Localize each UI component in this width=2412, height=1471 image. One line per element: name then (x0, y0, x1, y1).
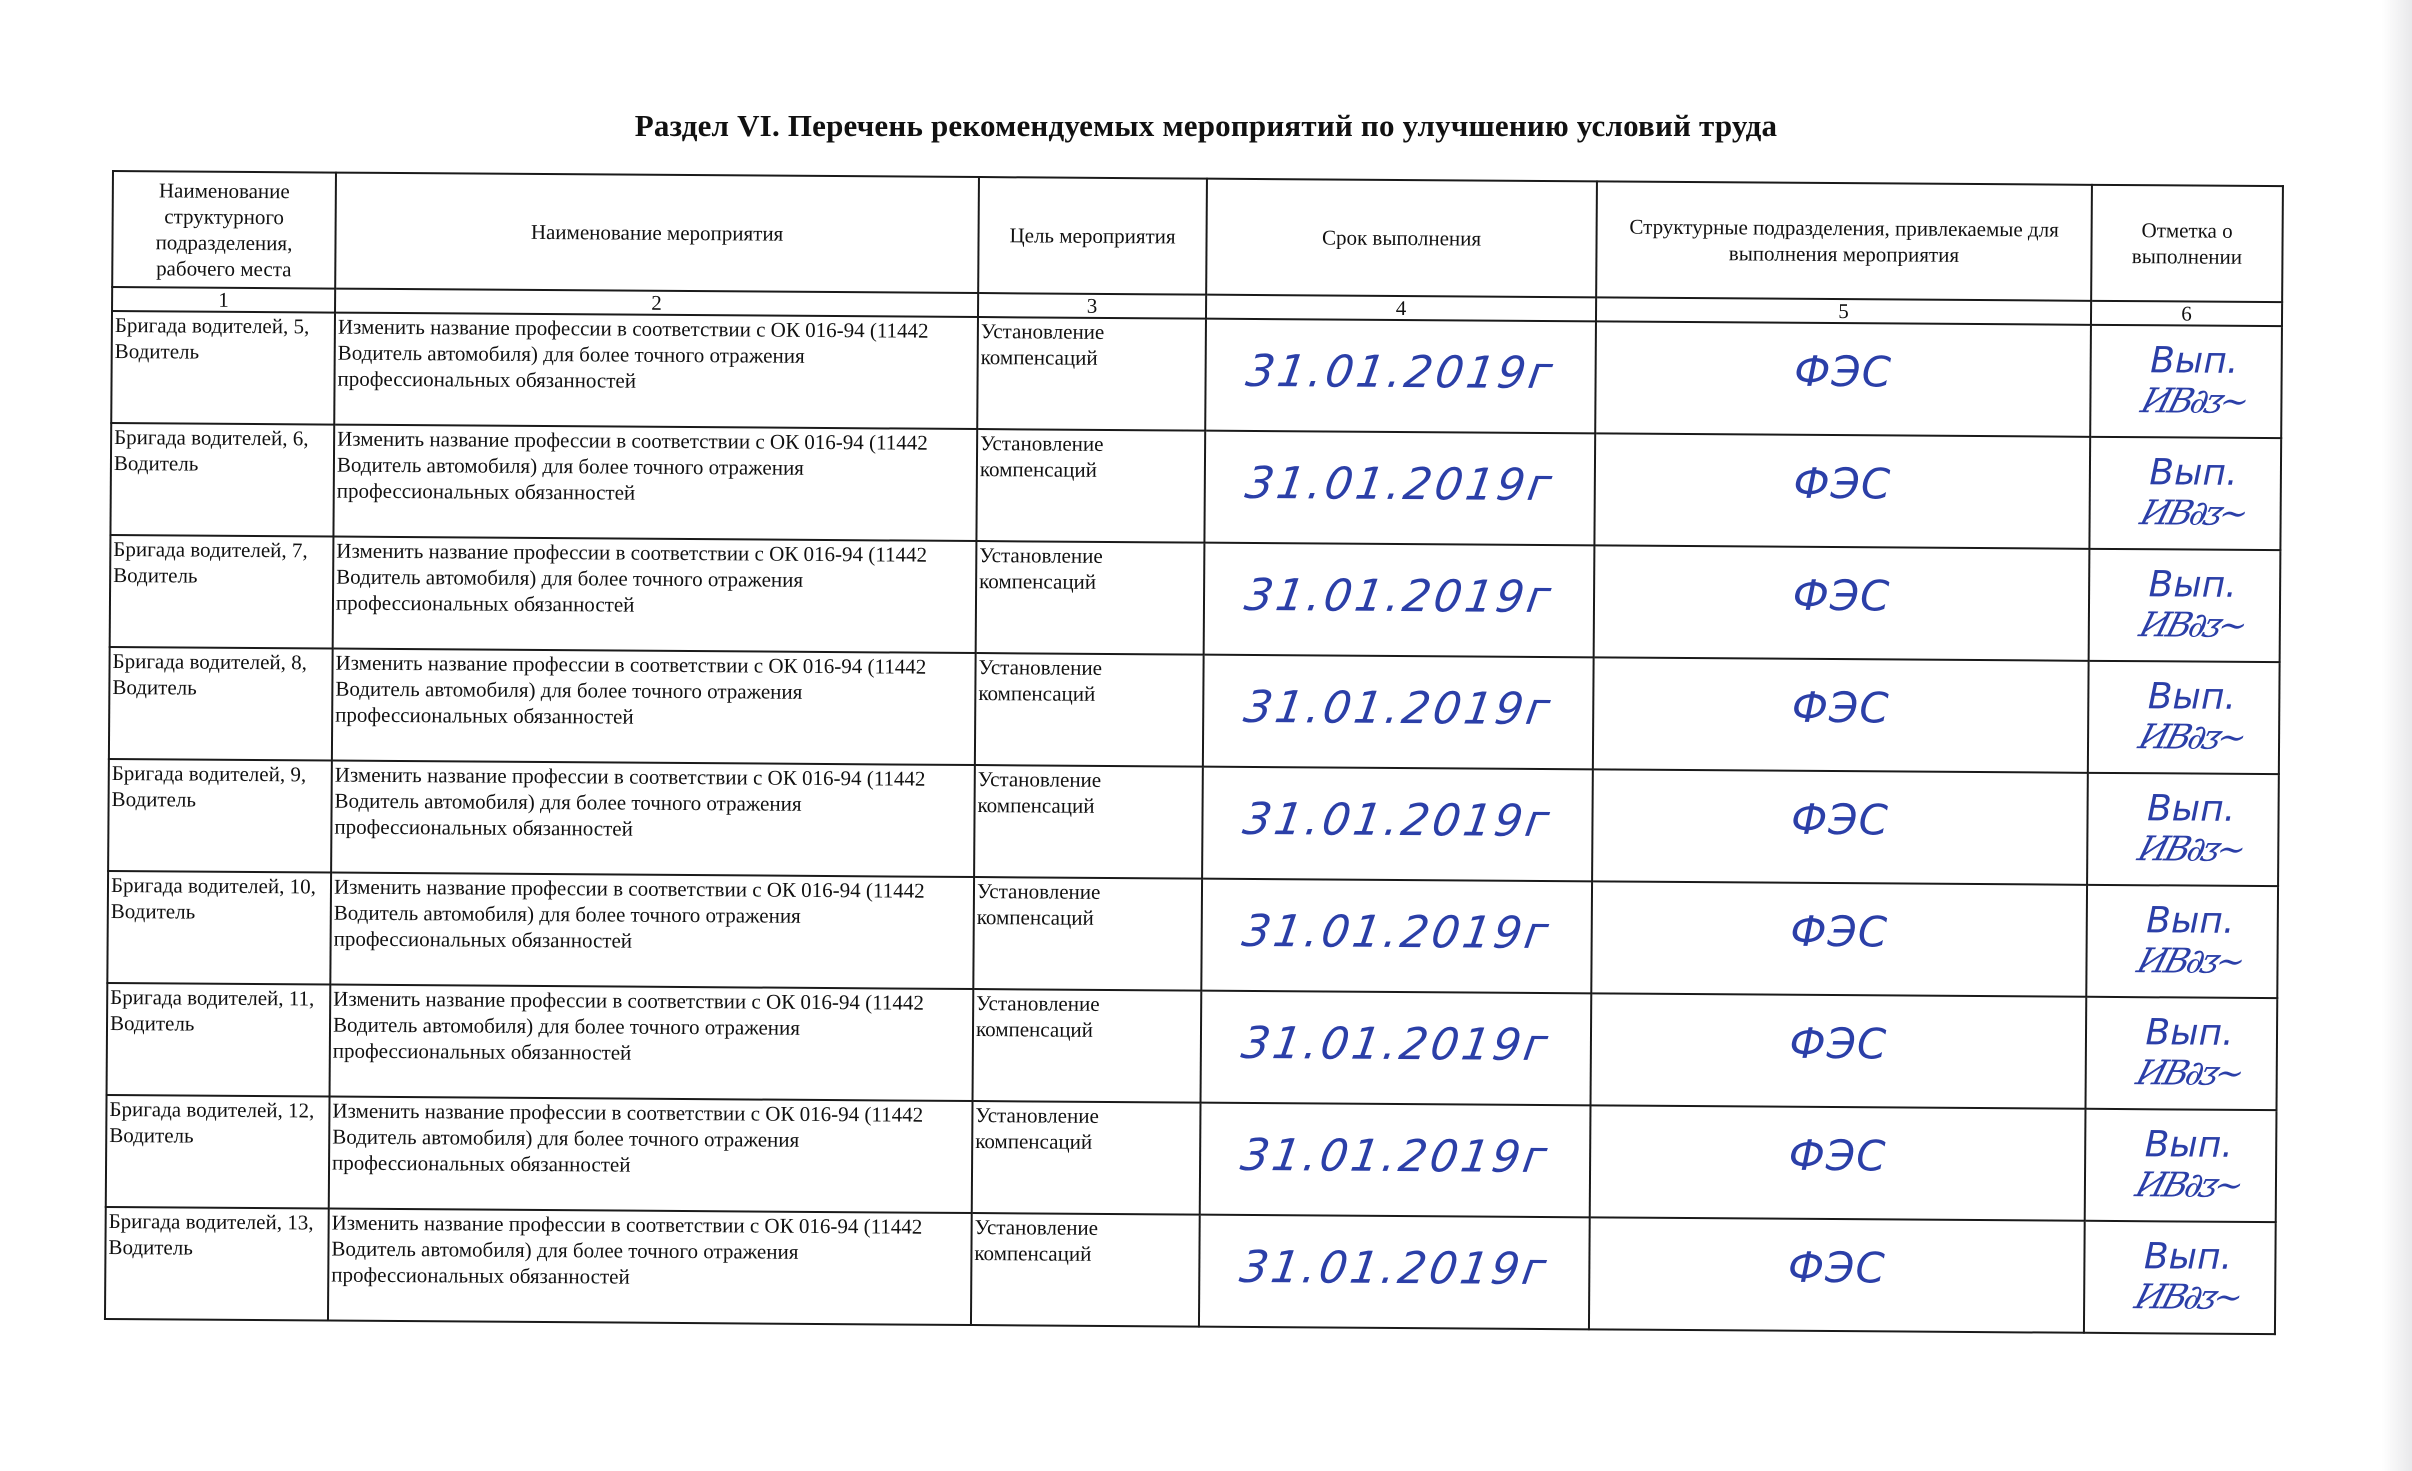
handwritten-department: ФЭС (1793, 583, 1891, 610)
handwritten-date: 31.01.2019г (1239, 1142, 1551, 1170)
cell-mark: Вып. ИВ∂ᴣ~ (2085, 997, 2277, 1110)
cell-departments: ФЭС (1593, 657, 2089, 772)
handwritten-department: ФЭС (1789, 1143, 1887, 1170)
handwritten-date: 31.01.2019г (1240, 1030, 1552, 1058)
cell-measure: Изменить название профессии в соответств… (331, 761, 975, 877)
signature: ИВ∂ᴣ~ (2103, 493, 2283, 534)
handwritten-mark: Вып. (2109, 453, 2278, 494)
cell-unit: Бригада водителей, 6, Водитель (110, 423, 334, 537)
cell-departments: ФЭС (1595, 321, 2091, 436)
cell-unit: Бригада водителей, 11, Водитель (107, 983, 331, 1097)
signature: ИВ∂ᴣ~ (2100, 941, 2280, 982)
handwritten-mark: Вып. (2106, 789, 2275, 830)
table-row: Бригада водителей, 9, Водитель Изменить … (108, 759, 2279, 886)
cell-deadline: 31.01.2019г (1205, 319, 1596, 434)
cell-deadline: 31.01.2019г (1204, 543, 1595, 658)
header-mark: Отметка о выполнении (2091, 185, 2283, 302)
signature: ИВ∂ᴣ~ (2098, 1165, 2278, 1206)
cell-measure: Изменить название профессии в соответств… (329, 1097, 973, 1213)
handwritten-mark: Вып. (2106, 901, 2275, 942)
cell-goal: Установление компенсаций (976, 541, 1205, 655)
header-measure: Наименование мероприятия (335, 173, 979, 293)
cell-goal: Установление компенсаций (977, 317, 1206, 431)
measures-table-container: Наименование структурного подразделения,… (104, 170, 2282, 1335)
handwritten-mark: Вып. (2108, 565, 2277, 606)
signature: ИВ∂ᴣ~ (2099, 1053, 2279, 1094)
signature: ИВ∂ᴣ~ (2102, 605, 2282, 646)
cell-measure: Изменить название профессии в соответств… (334, 313, 978, 429)
table-row: Бригада водителей, 5, Водитель Изменить … (111, 311, 2282, 438)
handwritten-mark: Вып. (2107, 677, 2276, 718)
header-goal: Цель мероприятия (978, 177, 1207, 295)
handwritten-department: ФЭС (1790, 919, 1888, 946)
cell-deadline: 31.01.2019г (1199, 1215, 1590, 1330)
cell-measure: Изменить название профессии в соответств… (333, 425, 977, 541)
handwritten-date: 31.01.2019г (1238, 1254, 1550, 1282)
cell-unit: Бригада водителей, 9, Водитель (108, 759, 332, 873)
cell-goal: Установление компенсаций (975, 653, 1204, 767)
column-number: 5 (1596, 297, 2091, 324)
cell-mark: Вып. ИВ∂ᴣ~ (2084, 1221, 2276, 1334)
cell-deadline: 31.01.2019г (1201, 991, 1592, 1106)
handwritten-mark: Вып. (2110, 341, 2279, 382)
table-row: Бригада водителей, 11, Водитель Изменить… (107, 983, 2278, 1110)
table-row: Бригада водителей, 8, Водитель Изменить … (109, 647, 2280, 774)
column-number: 4 (1206, 295, 1596, 322)
cell-mark: Вып. ИВ∂ᴣ~ (2087, 773, 2279, 886)
signature: ИВ∂ᴣ~ (2101, 829, 2281, 870)
header-unit: Наименование структурного подразделения,… (112, 171, 336, 289)
table-row: Бригада водителей, 6, Водитель Изменить … (110, 423, 2281, 550)
cell-deadline: 31.01.2019г (1200, 1103, 1591, 1218)
signature: ИВ∂ᴣ~ (2104, 381, 2284, 422)
cell-departments: ФЭС (1589, 1217, 2085, 1332)
cell-deadline: 31.01.2019г (1204, 431, 1595, 546)
cell-departments: ФЭС (1591, 993, 2087, 1108)
cell-measure: Изменить название профессии в соответств… (333, 537, 977, 653)
handwritten-date: 31.01.2019г (1242, 806, 1554, 834)
cell-mark: Вып. ИВ∂ᴣ~ (2089, 549, 2281, 662)
signature: ИВ∂ᴣ~ (2098, 1277, 2278, 1318)
header-deadline: Срок выполнения (1206, 179, 1597, 298)
cell-unit: Бригада водителей, 8, Водитель (109, 647, 333, 761)
cell-deadline: 31.01.2019г (1203, 655, 1594, 770)
cell-unit: Бригада водителей, 12, Водитель (106, 1095, 330, 1209)
scan-edge-shadow (2382, 0, 2412, 1471)
handwritten-date: 31.01.2019г (1245, 358, 1557, 386)
cell-goal: Установление компенсаций (974, 765, 1203, 879)
handwritten-department: ФЭС (1794, 359, 1892, 386)
cell-measure: Изменить название профессии в соответств… (328, 1209, 972, 1325)
cell-mark: Вып. ИВ∂ᴣ~ (2089, 437, 2281, 550)
cell-measure: Изменить название профессии в соответств… (330, 873, 974, 989)
signature: ИВ∂ᴣ~ (2102, 717, 2282, 758)
handwritten-department: ФЭС (1789, 1031, 1887, 1058)
handwritten-department: ФЭС (1788, 1255, 1886, 1282)
cell-mark: Вып. ИВ∂ᴣ~ (2086, 885, 2278, 998)
measures-table: Наименование структурного подразделения,… (104, 170, 2284, 1335)
cell-goal: Установление компенсаций (972, 1101, 1201, 1215)
cell-unit: Бригада водителей, 5, Водитель (111, 311, 335, 425)
table-row: Бригада водителей, 10, Водитель Изменить… (107, 871, 2278, 998)
cell-unit: Бригада водителей, 13, Водитель (105, 1207, 329, 1321)
cell-departments: ФЭС (1590, 1105, 2086, 1220)
header-departments: Структурные подразделения, привлекаемые … (1596, 181, 2092, 300)
table-body: Бригада водителей, 5, Водитель Изменить … (105, 311, 2282, 1334)
cell-departments: ФЭС (1594, 433, 2090, 548)
handwritten-mark: Вып. (2104, 1125, 2273, 1166)
cell-deadline: 31.01.2019г (1201, 879, 1592, 994)
cell-goal: Установление компенсаций (973, 877, 1202, 991)
table-row: Бригада водителей, 7, Водитель Изменить … (110, 535, 2281, 662)
page-title: Раздел VI. Перечень рекомендуемых меропр… (0, 108, 2412, 144)
handwritten-date: 31.01.2019г (1244, 470, 1556, 498)
handwritten-mark: Вып. (2103, 1237, 2272, 1278)
cell-goal: Установление компенсаций (976, 429, 1205, 543)
cell-unit: Бригада водителей, 10, Водитель (107, 871, 331, 985)
cell-unit: Бригада водителей, 7, Водитель (110, 535, 334, 649)
handwritten-department: ФЭС (1793, 471, 1891, 498)
column-number: 6 (2091, 301, 2282, 326)
cell-mark: Вып. ИВ∂ᴣ~ (2090, 325, 2282, 438)
handwritten-department: ФЭС (1792, 695, 1890, 722)
handwritten-mark: Вып. (2105, 1013, 2274, 1054)
cell-mark: Вып. ИВ∂ᴣ~ (2088, 661, 2280, 774)
cell-measure: Изменить название профессии в соответств… (332, 649, 976, 765)
table-row: Бригада водителей, 13, Водитель Изменить… (105, 1207, 2276, 1334)
handwritten-date: 31.01.2019г (1243, 582, 1555, 610)
cell-goal: Установление компенсаций (973, 989, 1202, 1103)
cell-departments: ФЭС (1591, 881, 2087, 996)
column-number: 1 (112, 287, 335, 313)
cell-departments: ФЭС (1592, 769, 2088, 884)
cell-mark: Вып. ИВ∂ᴣ~ (2085, 1109, 2277, 1222)
table-row: Бригада водителей, 12, Водитель Изменить… (106, 1095, 2277, 1222)
cell-deadline: 31.01.2019г (1202, 767, 1593, 882)
handwritten-date: 31.01.2019г (1241, 918, 1553, 946)
column-number: 3 (978, 293, 1206, 319)
cell-measure: Изменить название профессии в соответств… (330, 985, 974, 1101)
handwritten-department: ФЭС (1791, 807, 1889, 834)
cell-departments: ФЭС (1594, 545, 2090, 660)
header-row: Наименование структурного подразделения,… (112, 171, 2283, 302)
handwritten-date: 31.01.2019г (1242, 694, 1554, 722)
cell-goal: Установление компенсаций (971, 1213, 1200, 1327)
